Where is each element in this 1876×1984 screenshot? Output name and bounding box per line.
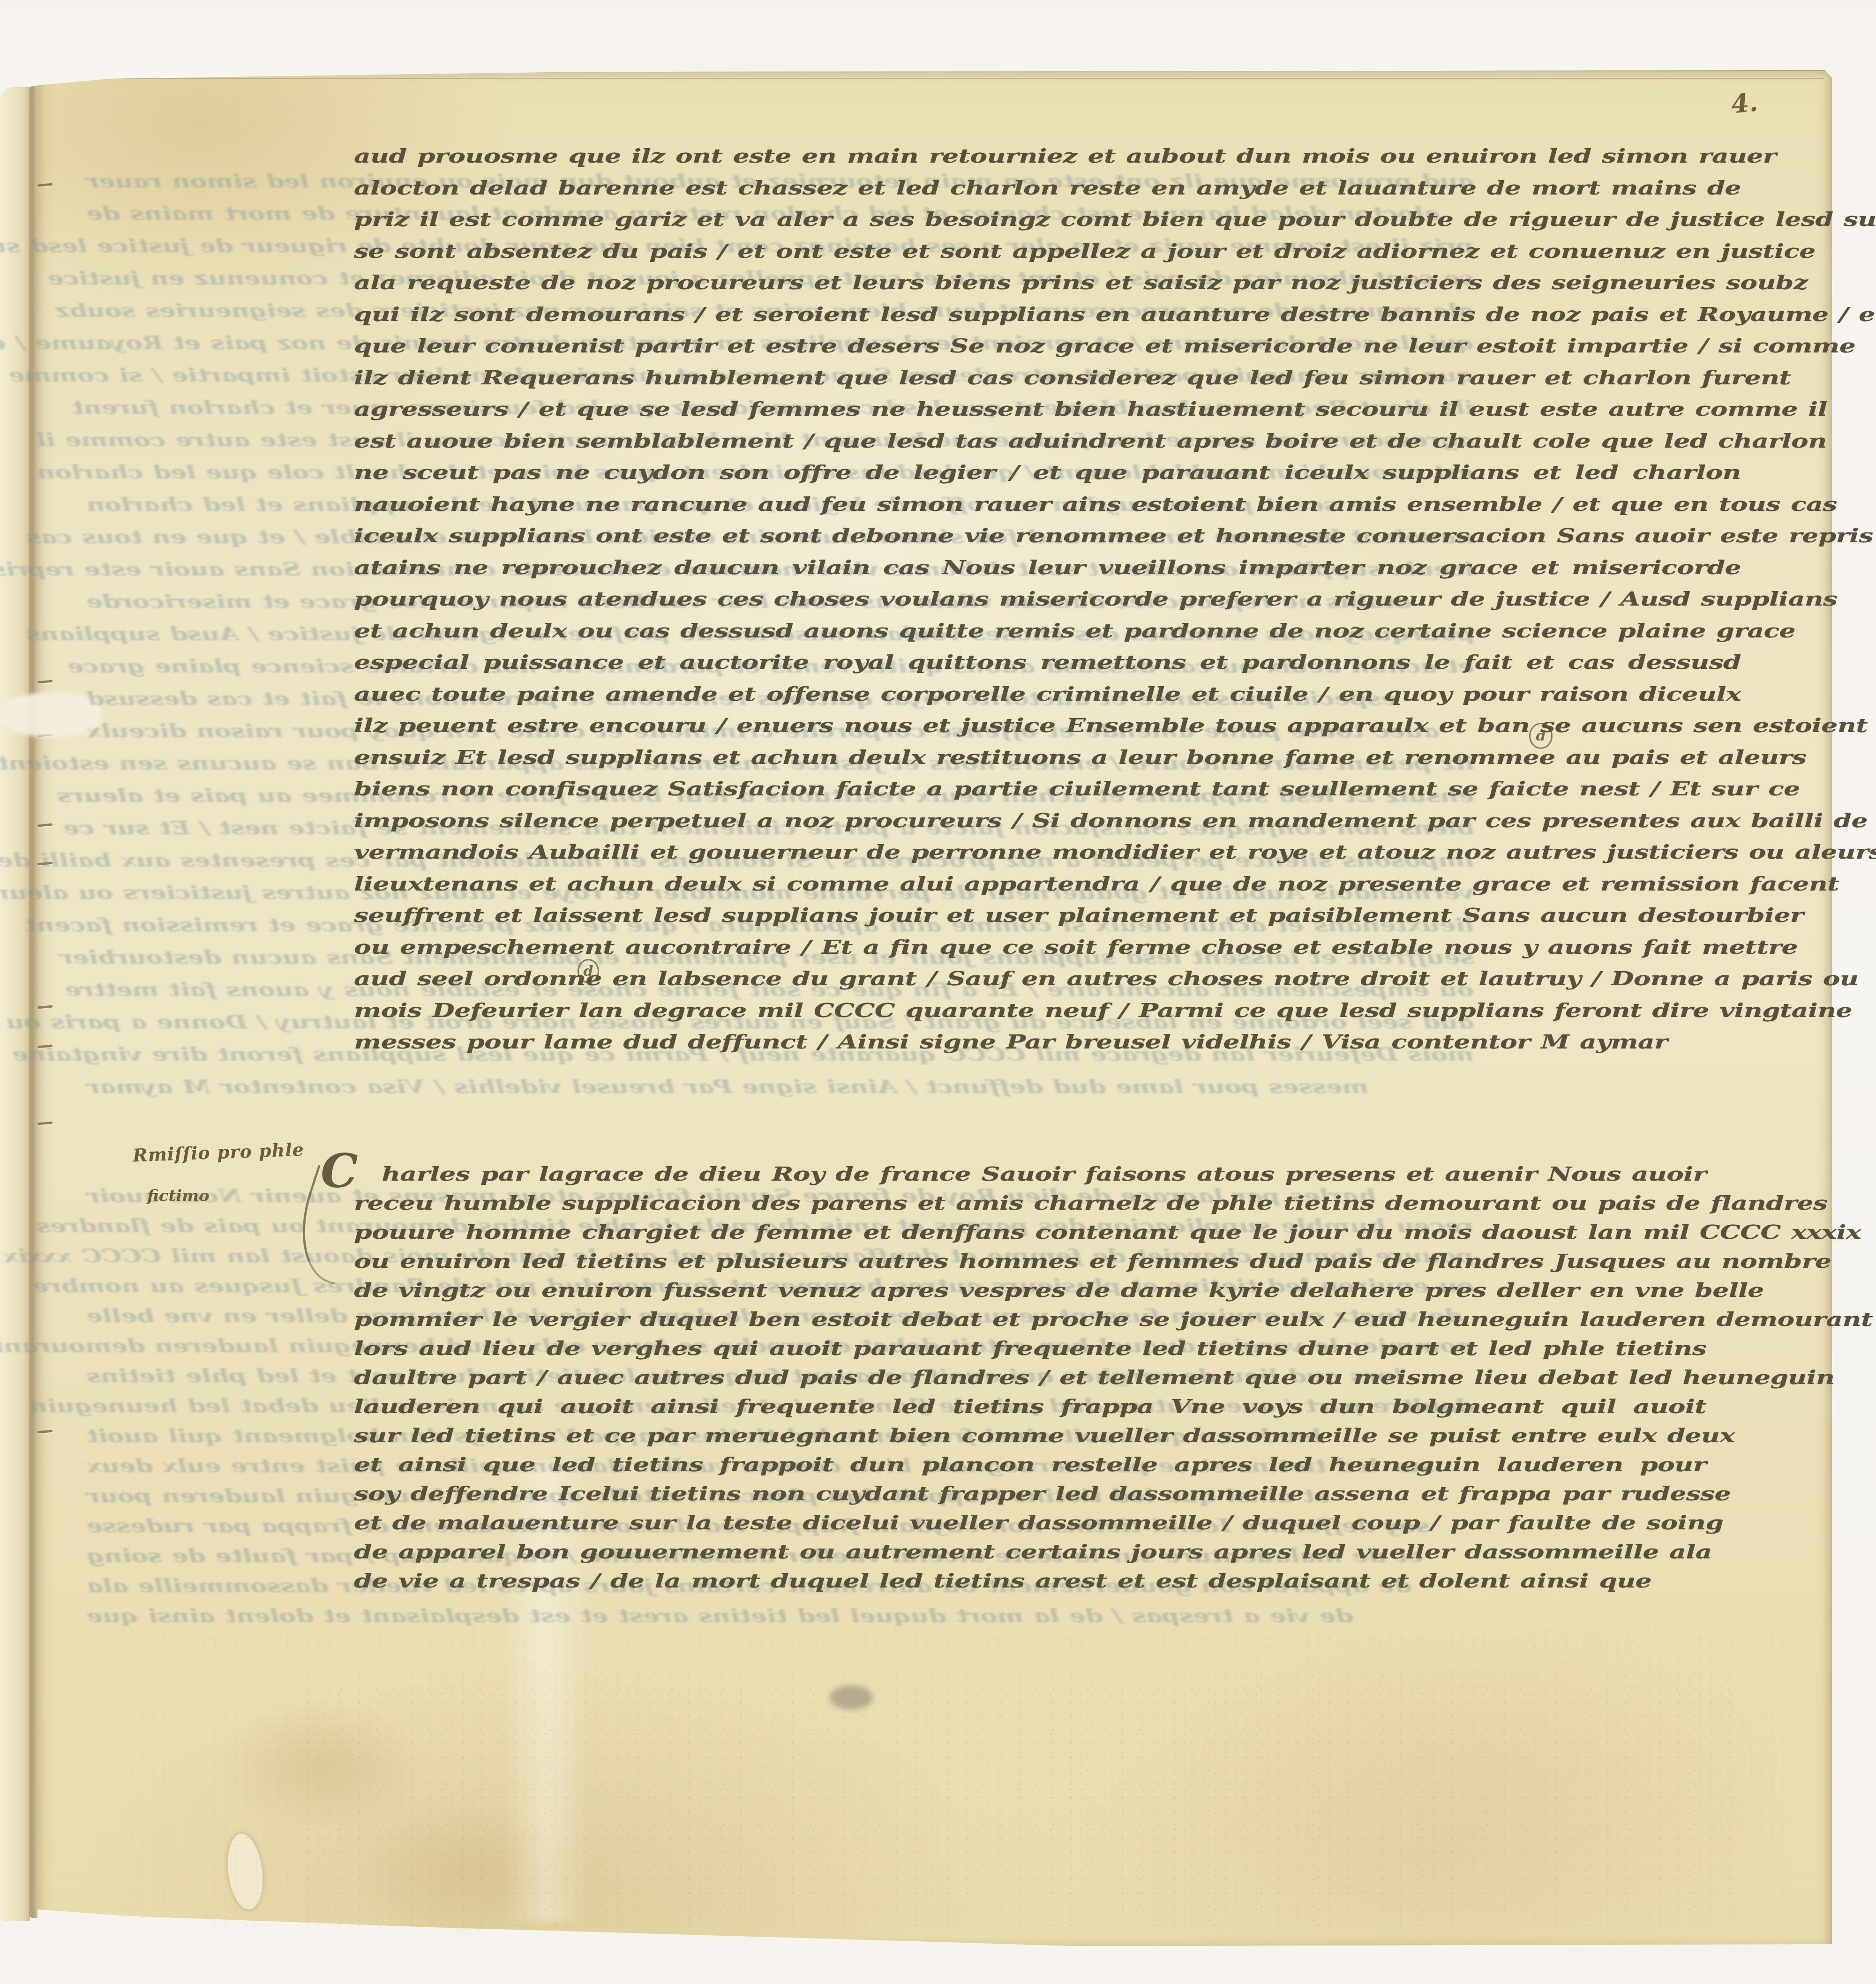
manuscript-line: et de malauenture sur la teste dicelui v… <box>354 1508 1706 1537</box>
manuscript-scan: { "folio": { "number": "4." }, "margin_n… <box>0 0 1876 1984</box>
manuscript-line: ou enuiron led tietins et plusieurs autr… <box>354 1247 1706 1276</box>
manuscript-line: ilz dient Requerans humblement que lesd … <box>354 362 1741 394</box>
text-block-entry1: aud prouosme que ilz ont este en main re… <box>354 141 1741 1058</box>
manuscript-line: daultre part / auec autres dud pais de f… <box>354 1363 1706 1392</box>
manuscript-line: ou empeschement aucontraire / Et a fin q… <box>354 932 1741 964</box>
stacked-folio-edges <box>89 69 1831 83</box>
manuscript-line: messes pour lame dud deffunct / Ainsi si… <box>354 1026 1741 1058</box>
circled-collation-mark: d <box>1529 723 1553 749</box>
manuscript-line: lieuxtenans et achun deulx si comme alui… <box>354 868 1741 900</box>
folio-number: 4. <box>1730 87 1759 120</box>
manuscript-line: ala requeste de noz procureurs et leurs … <box>354 267 1741 299</box>
manuscript-line: et ainsi que led tietins frappoit dun pl… <box>354 1450 1706 1479</box>
manuscript-line: aud prouosme que ilz ont este en main re… <box>354 141 1741 172</box>
manuscript-line: vermandois Aubailli et gouuerneur de per… <box>354 837 1741 868</box>
manuscript-line: pourquoy nous atendues ces choses voulan… <box>354 584 1741 615</box>
sewing-slit <box>38 1430 53 1434</box>
manuscript-line: de vie a trespas / de la mort duquel led… <box>354 1566 1706 1595</box>
text-block-entry2: harles par lagrace de dieu Roy de france… <box>354 1160 1706 1595</box>
sewing-slit <box>38 680 53 684</box>
manuscript-line: ensuiz Et lesd supplians et achun deulx … <box>354 742 1741 774</box>
manuscript-line: est auoue bien semblablement / que lesd … <box>354 426 1741 457</box>
previous-folio-edge <box>0 87 30 1921</box>
manuscript-line: pommier le vergier duquel ben estoit deb… <box>354 1305 1706 1334</box>
manuscript-line: sur led tietins et ce par meruegnant bie… <box>354 1421 1706 1450</box>
manuscript-line: lors aud lieu de verghes qui auoit parau… <box>354 1334 1706 1363</box>
manuscript-line: mois Defeurier lan degrace mil CCCC quar… <box>354 995 1741 1027</box>
sewing-slit <box>38 1005 53 1009</box>
manuscript-line: que leur conuenist partir et estre deser… <box>354 330 1741 362</box>
folio-edge-line <box>89 69 1831 71</box>
manuscript-line: alocton delad barenne est chassez et led… <box>354 172 1741 204</box>
folio-edge-line <box>93 73 1817 77</box>
manuscript-line: especial puissance et auctorite royal qu… <box>354 647 1741 679</box>
manuscript-line: soy deffendre Icelui tietins non cuydant… <box>354 1479 1706 1508</box>
manuscript-line: lauderen qui auoit ainsi frequente led t… <box>354 1392 1706 1421</box>
manuscript-line: seuffrent et laissent lesd supplians jou… <box>354 900 1741 932</box>
circled-collation-mark: d <box>578 959 599 983</box>
manuscript-line: iceulx supplians ont este et sont debonn… <box>354 520 1741 552</box>
manuscript-line: et achun deulx ou cas dessusd auons quit… <box>354 615 1741 647</box>
sewing-slit <box>38 824 53 827</box>
manuscript-line: messes pour lame dud deffunct / Ainsi si… <box>87 1071 1474 1103</box>
manuscript-line: qui ilz sont demourans / et seroient les… <box>354 299 1741 331</box>
manuscript-line: atains ne reprouchez daucun vilain cas N… <box>354 552 1741 584</box>
manuscript-line: receu humble supplicacion des parens et … <box>354 1189 1706 1218</box>
manuscript-line: biens non confisquez Satisfacion faicte … <box>354 773 1741 805</box>
manuscript-line: imposons silence perpetuel a noz procure… <box>354 805 1741 837</box>
manuscript-line: agresseurs / et que se lesd femmes ne he… <box>354 394 1741 426</box>
manuscript-line: pouure homme chargiet de femme et denffa… <box>354 1218 1706 1247</box>
sewing-slit <box>38 183 53 187</box>
manuscript-line: de vie a trespas / de la mort duquel led… <box>87 1601 1474 1631</box>
manuscript-line: harles par lagrace de dieu Roy de france… <box>354 1160 1706 1189</box>
manuscript-line: aud seel ordonne en labsence du grant / … <box>354 963 1741 995</box>
manuscript-line: auec toute paine amende et offense corpo… <box>354 679 1741 711</box>
manuscript-line: de vingtz ou enuiron fussent venuz apres… <box>354 1276 1706 1305</box>
binding-gutter-shadow <box>29 86 38 1918</box>
manuscript-line: de apparel bon gouuernement ou autrement… <box>354 1537 1706 1566</box>
sewing-slit <box>38 1122 53 1125</box>
follicle-speckles <box>281 1669 1734 1931</box>
manuscript-line: ne sceut pas ne cuydon son offre de legi… <box>354 457 1741 489</box>
manuscript-line: priz il est comme gariz et va aler a ses… <box>354 204 1741 236</box>
manuscript-line: nauoient hayne ne rancune aud feu simon … <box>354 489 1741 521</box>
folio-edge-line <box>91 78 1824 79</box>
manuscript-line: se sont absentez du pais / et ont este e… <box>354 236 1741 268</box>
margin-note-line2: fictimo <box>147 1187 210 1205</box>
